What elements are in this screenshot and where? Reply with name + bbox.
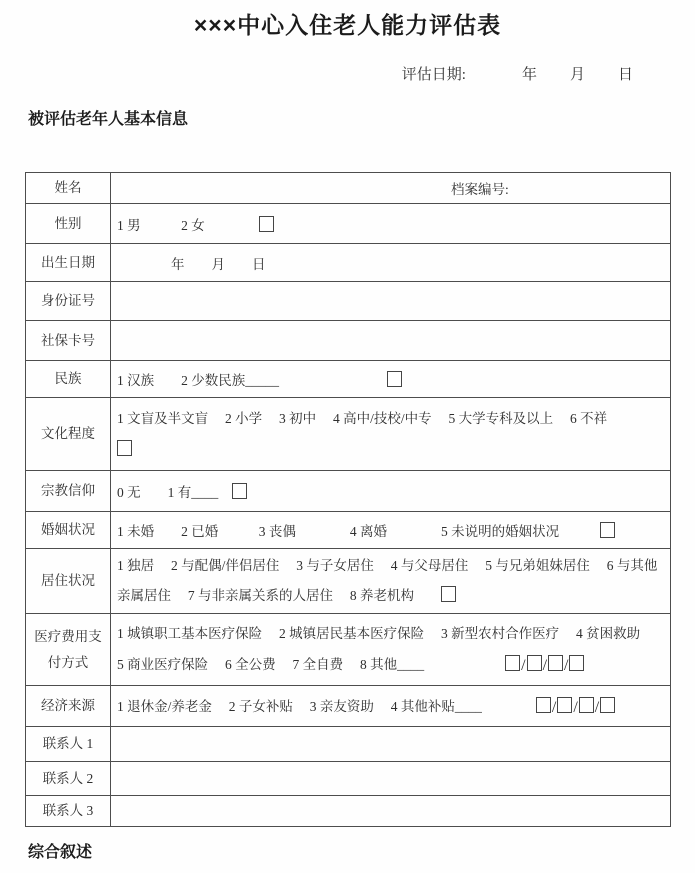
options-text: 1 汉族 2 少数民族_____ (117, 373, 387, 388)
name-input-cell[interactable]: 档案编号: (111, 173, 671, 204)
options-text: 0 无 1 有____ (117, 485, 232, 500)
social-card-input-cell[interactable] (111, 321, 671, 361)
income-options-cell: 1 退休金/养老金 2 子女补贴 3 亲友资助 4 其他补贴____ /// (111, 686, 671, 727)
date-year-label: 年 (522, 67, 537, 83)
assessment-date-line: 评估日期:年月日 (0, 65, 695, 85)
row-label: 性别 (26, 204, 111, 244)
date-label: 评估日期: (402, 67, 466, 83)
archive-number-label: 档案编号: (451, 178, 509, 198)
ethnicity-options-cell: 1 汉族 2 少数民族_____ (111, 361, 671, 398)
table-row-ethnicity: 民族 1 汉族 2 少数民族_____ (26, 361, 671, 398)
table-row-income-source: 经济来源 1 退休金/养老金 2 子女补贴 3 亲友资助 4 其他补贴____ … (26, 686, 671, 727)
sex-options-cell: 1 男 2 女 (111, 204, 671, 244)
table-row-contact-2: 联系人 2 (26, 762, 671, 796)
table-row-contact-3: 联系人 3 (26, 796, 671, 827)
date-month-label: 月 (570, 67, 585, 83)
row-label: 文化程度 (26, 398, 111, 471)
row-label: 居住状况 (26, 549, 111, 614)
row-label: 经济来源 (26, 686, 111, 727)
options-text: 1 未婚 2 已婚 3 丧偶 4 离婚 5 未说明的婚姻状况 (117, 524, 600, 539)
checkbox-icon[interactable] (505, 655, 520, 671)
row-label: 婚姻状况 (26, 512, 111, 549)
education-options-cell: 1 文盲及半文盲 2 小学 3 初中 4 高中/技校/中专 5 大学专科及以上 … (111, 398, 671, 471)
table-row-sex: 性别 1 男 2 女 (26, 204, 671, 244)
table-row-religion: 宗教信仰 0 无 1 有____ (26, 471, 671, 512)
checkbox-icon[interactable] (557, 697, 572, 713)
checkbox-icon[interactable] (387, 371, 402, 387)
options-text: 1 退休金/养老金 2 子女补贴 3 亲友资助 4 其他补贴____ (117, 699, 536, 714)
options-text: 1 男 2 女 (117, 218, 259, 233)
date-day-label: 日 (618, 67, 633, 83)
row-label: 民族 (26, 361, 111, 398)
row-label: 出生日期 (26, 244, 111, 282)
marital-options-cell: 1 未婚 2 已婚 3 丧偶 4 离婚 5 未说明的婚姻状况 (111, 512, 671, 549)
options-text: 5 商业医疗保险 6 全公费 7 全自费 8 其他____ (117, 657, 505, 672)
religion-options-cell: 0 无 1 有____ (111, 471, 671, 512)
table-row-contact-1: 联系人 1 (26, 727, 671, 762)
checkbox-icon[interactable] (527, 655, 542, 671)
checkbox-icon[interactable] (548, 655, 563, 671)
table-row-id-number: 身份证号 (26, 282, 671, 321)
table-row-social-card: 社保卡号 (26, 321, 671, 361)
row-label: 联系人 3 (26, 796, 111, 827)
row-label: 身份证号 (26, 282, 111, 321)
table-row-living-status: 居住状况 1 独居 2 与配偶/伴侣居住 3 与子女居住 4 与父母居住 5 与… (26, 549, 671, 614)
row-label: 社保卡号 (26, 321, 111, 361)
row-label: 宗教信仰 (26, 471, 111, 512)
checkbox-icon[interactable] (259, 216, 274, 232)
contact2-input-cell[interactable] (111, 762, 671, 796)
basic-info-section-title: 被评估老年人基本信息 (28, 109, 695, 130)
checkbox-icon[interactable] (569, 655, 584, 671)
contact1-input-cell[interactable] (111, 727, 671, 762)
checkbox-icon[interactable] (579, 697, 594, 713)
id-number-input-cell[interactable] (111, 282, 671, 321)
assessment-form-page: ×××中心入住老人能力评估表 评估日期:年月日 被评估老年人基本信息 姓名 档案… (0, 0, 695, 873)
row-label: 联系人 1 (26, 727, 111, 762)
options-text: 年 月 日 (117, 257, 266, 272)
options-text: 1 城镇职工基本医疗保险 2 城镇居民基本医疗保险 3 新型农村合作医疗 4 贫… (117, 626, 640, 641)
checkbox-icon[interactable] (117, 440, 132, 456)
birthdate-input-cell[interactable]: 年 月 日 (111, 244, 671, 282)
checkbox-icon[interactable] (600, 697, 615, 713)
row-label: 联系人 2 (26, 762, 111, 796)
table-row-medical-payment: 医疗费用支付方式 1 城镇职工基本医疗保险 2 城镇居民基本医疗保险 3 新型农… (26, 614, 671, 686)
form-title: ×××中心入住老人能力评估表 (0, 0, 695, 41)
table-row-name: 姓名 档案编号: (26, 173, 671, 204)
living-options-cell: 1 独居 2 与配偶/伴侣居住 3 与子女居住 4 与父母居住 5 与兄弟姐妹居… (111, 549, 671, 614)
checkbox-group[interactable]: /// (536, 699, 615, 714)
checkbox-icon[interactable] (600, 522, 615, 538)
table-row-education: 文化程度 1 文盲及半文盲 2 小学 3 初中 4 高中/技校/中专 5 大学专… (26, 398, 671, 471)
medical-payment-options-cell: 1 城镇职工基本医疗保险 2 城镇居民基本医疗保险 3 新型农村合作医疗 4 贫… (111, 614, 671, 686)
row-label: 姓名 (26, 173, 111, 204)
options-text: 1 文盲及半文盲 2 小学 3 初中 4 高中/技校/中专 5 大学专科及以上 … (117, 411, 607, 426)
basic-info-table: 姓名 档案编号: 性别 1 男 2 女 出生日期 年 月 日 身份证号 (25, 172, 671, 827)
table-row-marital-status: 婚姻状况 1 未婚 2 已婚 3 丧偶 4 离婚 5 未说明的婚姻状况 (26, 512, 671, 549)
row-label: 医疗费用支付方式 (26, 614, 111, 686)
checkbox-icon[interactable] (441, 586, 456, 602)
checkbox-icon[interactable] (232, 483, 247, 499)
summary-section-title: 综合叙述 (28, 842, 695, 863)
checkbox-group[interactable]: /// (505, 657, 584, 672)
table-row-birthdate: 出生日期 年 月 日 (26, 244, 671, 282)
options-text: 1 独居 2 与配偶/伴侣居住 3 与子女居住 4 与父母居住 5 与兄弟姐妹居… (117, 558, 657, 603)
contact3-input-cell[interactable] (111, 796, 671, 827)
checkbox-icon[interactable] (536, 697, 551, 713)
